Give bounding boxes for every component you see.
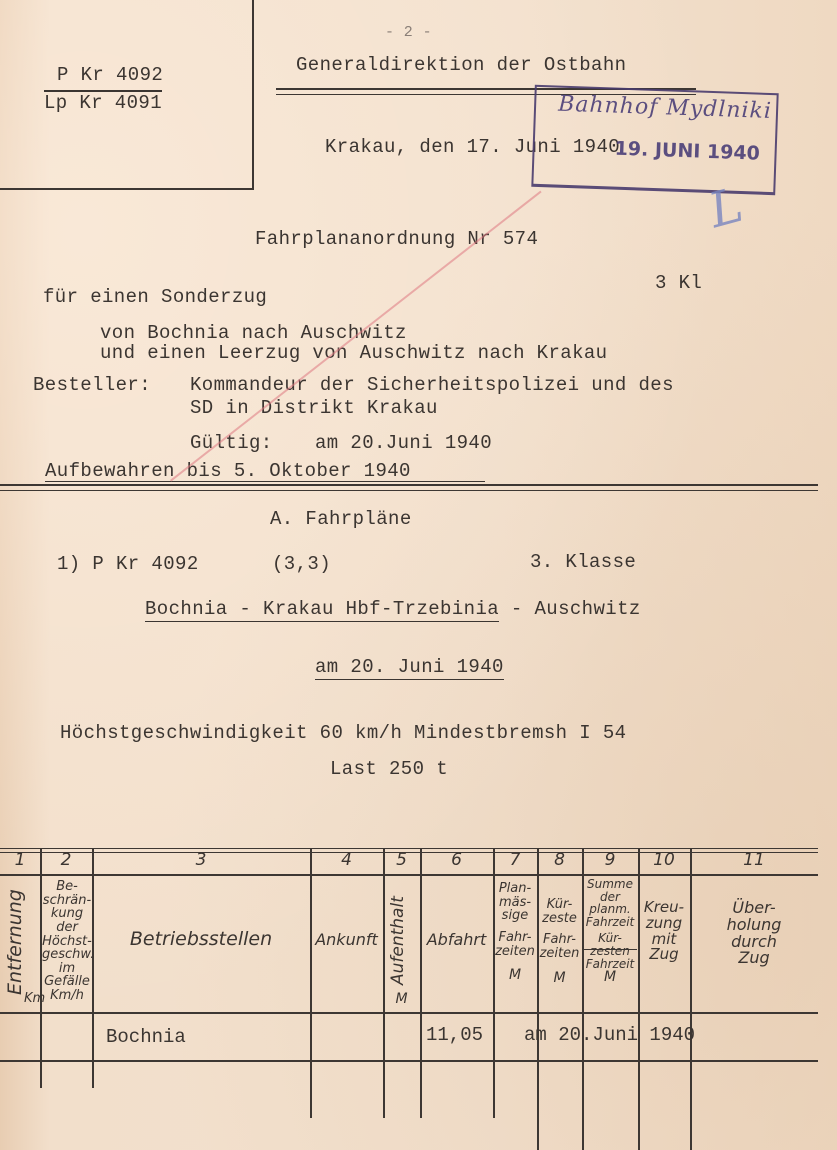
col-number: 3 — [92, 852, 310, 870]
header-line: Fahrzeit — [582, 916, 638, 929]
header-unit: M — [582, 970, 638, 985]
keep-until-underline — [45, 481, 485, 482]
valid-label: Gültig: — [190, 432, 273, 454]
speed-info: Höchstgeschwindigkeit 60 km/h Mindestbre… — [60, 722, 627, 744]
load-info: Last 250 t — [330, 758, 448, 780]
orderer-line-2: SD in Distrikt Krakau — [190, 397, 438, 419]
header-line: Gefälle — [42, 975, 92, 989]
col-divider — [383, 848, 385, 1118]
col-number: 4 — [310, 852, 383, 870]
station-stamp: Bahnhof Mydlniki 19. JUNI 1940 — [531, 85, 778, 195]
col-number: 5 — [383, 852, 420, 870]
route-line-2: und einen Leerzug von Auschwitz nach Kra… — [100, 342, 607, 364]
col-number: 1 — [0, 852, 40, 870]
header-line: schrän- — [42, 894, 92, 908]
header-arrival: Ankunft — [310, 932, 383, 949]
order-purpose: für einen Sonderzug — [43, 286, 267, 308]
col-number: 2 — [40, 852, 92, 870]
col-number: 10 — [638, 852, 690, 870]
stamp-station: Bahnhof Mydlniki — [558, 92, 773, 124]
header-stop-unit: M — [383, 992, 420, 1007]
row-note: am 20.Juni 1940 — [524, 1024, 695, 1046]
section-date: am 20. Juni 1940 — [315, 656, 504, 678]
header-line: der — [42, 921, 92, 935]
row-rule — [0, 1060, 818, 1062]
header-stations: Betriebsstellen — [92, 930, 310, 950]
header-line: sige — [493, 909, 537, 923]
col-divider — [92, 848, 94, 1088]
authority-name: Generaldirektion der Ostbahn — [296, 54, 626, 76]
orderer-line-1: Kommandeur der Sicherheitspolizei und de… — [190, 374, 674, 396]
header-line: zesten — [582, 945, 638, 958]
header-line: zeiten — [493, 945, 537, 959]
col-number: 7 — [493, 852, 537, 870]
header-line: Zug — [690, 950, 818, 967]
keep-until: Aufbewahren bis 5. Oktober 1940 — [45, 460, 411, 482]
page-marker: - 2 - — [385, 24, 432, 41]
header-line: Fahr- — [537, 933, 582, 947]
col-number: 6 — [420, 852, 493, 870]
train-number: P Kr 4092 — [57, 64, 163, 86]
header-departure: Abfahrt — [420, 932, 493, 949]
col-number: 11 — [690, 852, 818, 870]
header-stop: Aufenthalt — [390, 886, 408, 996]
header-crossing: Kreu- zung mit Zug — [638, 900, 690, 963]
column-number-rule — [0, 874, 818, 876]
section-divider — [0, 484, 818, 491]
header-line: Höchst- — [42, 935, 92, 949]
train-item-code: (3,3) — [272, 553, 331, 575]
col-divider — [310, 848, 312, 1118]
header-line: im — [42, 962, 92, 976]
header-line: Zug — [638, 947, 690, 963]
header-line: Km/h — [42, 989, 92, 1003]
empty-train-number: Lp Kr 4091 — [44, 90, 162, 114]
class-note: 3 Kl — [655, 272, 702, 294]
header-line: zeste — [537, 912, 582, 926]
row-station: Bochnia — [106, 1026, 186, 1048]
col-number: 8 — [537, 852, 582, 870]
header-line: kung — [42, 907, 92, 921]
col-divider — [420, 848, 422, 1118]
header-line: Be- — [42, 880, 92, 894]
row-departure: 11,05 — [426, 1024, 483, 1046]
section-heading: A. Fahrpläne — [270, 508, 412, 530]
header-line: Kür- — [537, 898, 582, 912]
col-divider — [537, 848, 539, 1150]
col-divider — [638, 848, 640, 1150]
route-underlined: Bochnia - Krakau Hbf-Trzebinia — [145, 598, 499, 622]
col-divider — [690, 848, 692, 1150]
section-date-text: am 20. Juni 1940 — [315, 656, 504, 680]
train-item: 1) P Kr 4092 — [57, 553, 199, 575]
header-speed-restriction: Be- schrän- kung der Höchst- geschw. im … — [42, 880, 92, 1003]
header-line: geschw. — [42, 948, 92, 962]
header-line: planm. — [582, 903, 638, 916]
header-sum-times: Summe der planm. Fahrzeit Kür- zesten Fa… — [582, 878, 638, 985]
route-line-1: von Bochnia nach Auschwitz — [100, 322, 407, 344]
route-rest: - Auschwitz — [499, 598, 641, 620]
header-line: Plan- — [493, 882, 537, 896]
train-item-class: 3. Klasse — [530, 551, 636, 573]
header-line: Summe — [582, 878, 638, 891]
order-title: Fahrplananordnung Nr 574 — [255, 228, 538, 250]
col-number: 9 — [582, 852, 638, 870]
stamp-date: 19. JUNI 1940 — [614, 138, 760, 165]
header-bottom-rule — [0, 1012, 818, 1014]
header-unit: M — [493, 968, 537, 983]
orderer-label: Besteller: — [33, 374, 151, 396]
header-line: mäs- — [493, 896, 537, 910]
header-scheduled-times: Plan- mäs- sige Fahr- zeiten M — [493, 882, 537, 983]
header-shortest-times: Kür- zeste Fahr- zeiten M — [537, 898, 582, 985]
header-overtaking: Über- holung durch Zug — [690, 900, 818, 967]
header-line: zeiten — [537, 947, 582, 961]
header-distance: Entfernung — [6, 882, 26, 1002]
route-summary: Bochnia - Krakau Hbf-Trzebinia - Auschwi… — [145, 598, 641, 620]
header-line: Fahr- — [493, 931, 537, 945]
valid-value: am 20.Juni 1940 — [315, 432, 492, 454]
header-unit: M — [537, 971, 582, 986]
